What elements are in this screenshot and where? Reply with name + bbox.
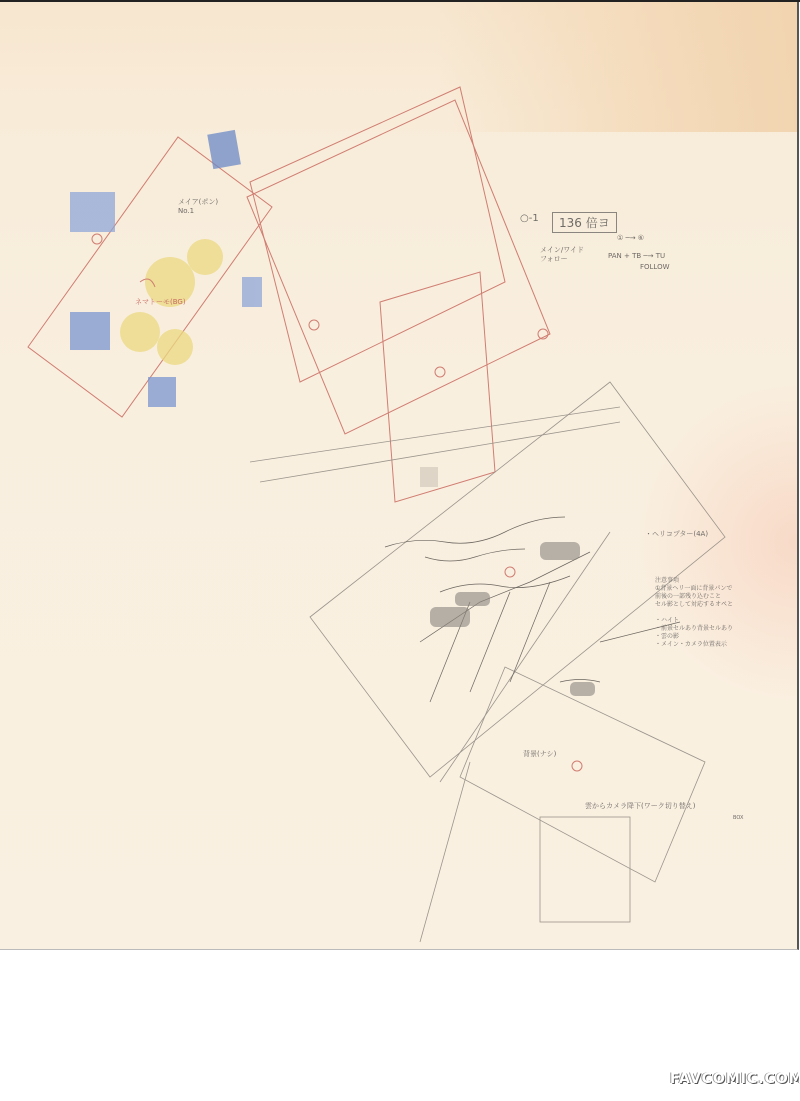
right-mid-note: ・ヘリコプター(4A) [645,530,708,539]
cut-label-prefix: ○-1 [520,214,539,223]
upper-left-red-note: ネマトーモ(BG) [135,298,186,307]
frame-center-1 [247,100,550,434]
upper-left-note: メイア(ポン) No.1 [178,198,218,216]
lower-right-tiny: BOX [733,814,743,823]
cut-range: ① ─→ ⑥ [617,234,644,243]
watermark: FAVCOMIC.COM [670,1071,800,1087]
cut-sub-left: メイン/ワイド フォロー [540,246,584,264]
frame-final [540,817,630,922]
right-notes: 注意事項 ①背景ヘリ一面に背景パンで 前後の一部残り込むこと セル影として対応す… [655,577,733,649]
lower-note: 背景(ナシ) [523,750,556,759]
layout-sheet: ○-1 136 倍ヨ ① ─→ ⑥ メイン/ワイド フォロー PAN + TB … [0,2,799,950]
cut-sub-right2: FOLLOW [640,263,670,272]
cut-sub-right: PAN + TB ─→ TU [608,252,665,261]
lower-note-2: 雲からカメラ降下(ワーク切り替え) [585,802,695,811]
cut-number-box: 136 倍ヨ [552,212,617,233]
